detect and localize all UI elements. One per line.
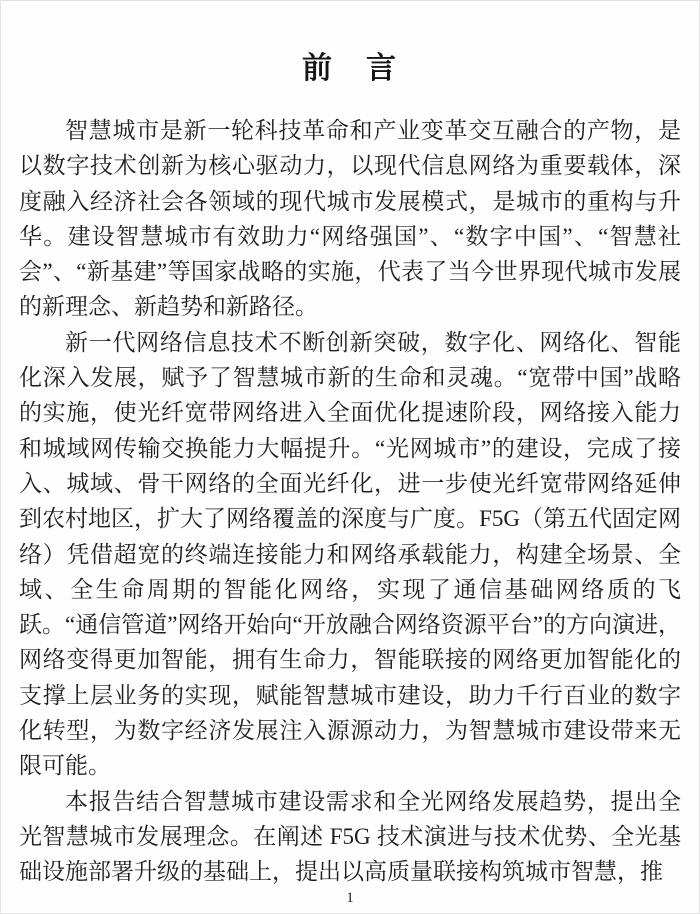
paragraph-3: 本报告结合智慧城市建设需求和全光网络发展趋势，提出全光智慧城市发展理念。在阐述 … bbox=[19, 784, 681, 890]
paragraph-1: 智慧城市是新一轮科技革命和产业变革交互融合的产物，是以数字技术创新为核心驱动力，… bbox=[19, 113, 681, 325]
preface-body: 智慧城市是新一轮科技革命和产业变革交互融合的产物，是以数字技术创新为核心驱动力，… bbox=[19, 113, 681, 890]
paragraph-2: 新一代网络信息技术不断创新突破，数字化、网络化、智能化深入发展，赋予了智慧城市新… bbox=[19, 325, 681, 784]
page-title: 前 言 bbox=[1, 43, 699, 87]
page-number: 1 bbox=[1, 890, 699, 907]
document-page: 前 言 智慧城市是新一轮科技革命和产业变革交互融合的产物，是以数字技术创新为核心… bbox=[0, 0, 700, 914]
